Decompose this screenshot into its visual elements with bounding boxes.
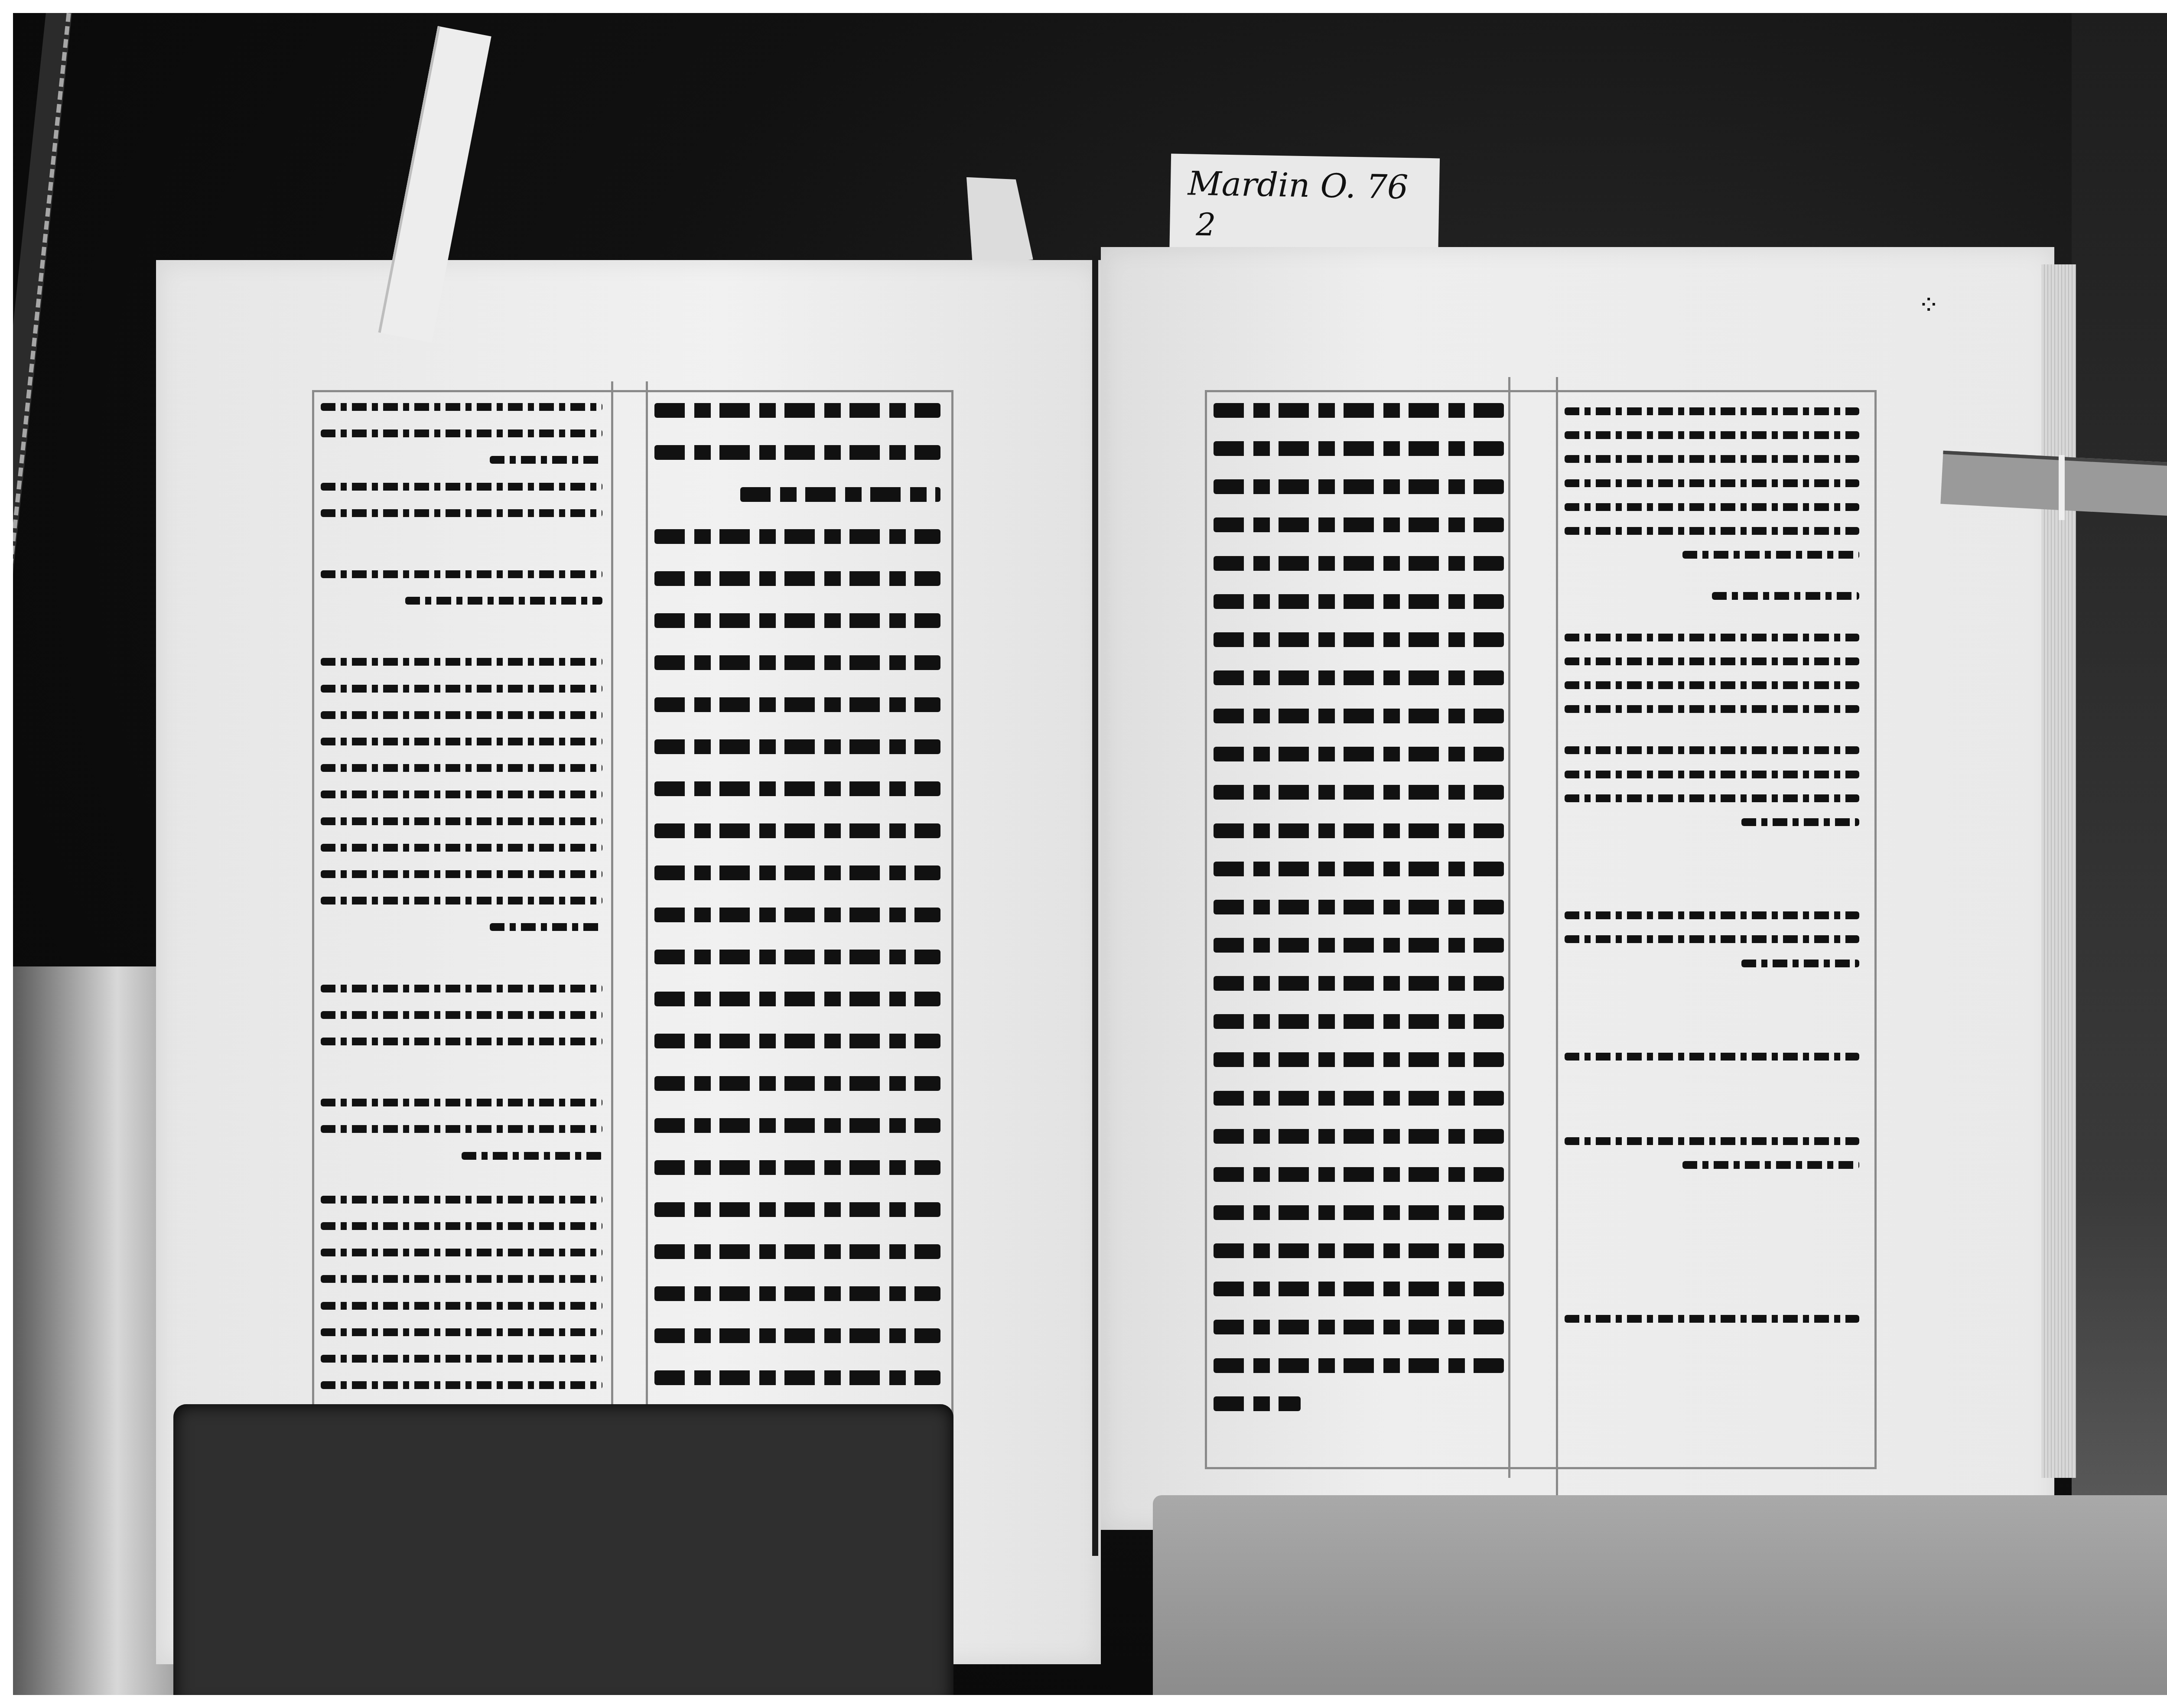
left-column-divider (611, 381, 613, 1560)
book-gutter (1092, 256, 1098, 1556)
support-book-right (1153, 1495, 2167, 1695)
right-column-divider (1508, 377, 1510, 1478)
shelfmark-number: 2 (1196, 206, 1216, 243)
support-book-left (173, 1404, 953, 1695)
page-ornament: ⁘ (1918, 290, 1939, 321)
page-fore-edge (2041, 264, 2076, 1478)
right-outer-text-column (1565, 407, 1859, 1339)
shelfmark-text: Mardin O. 76 (1188, 167, 1409, 204)
background-right (2072, 13, 2167, 1695)
right-page: ⁘ (1101, 247, 2054, 1530)
manuscript-photo: Mardin O. 76 2 (13, 13, 2167, 1695)
left-inner-text-column (654, 403, 940, 1539)
left-column-divider-inner (646, 381, 648, 1569)
left-outer-text-column (321, 403, 602, 1435)
clothespin-spring (2059, 455, 2065, 520)
right-inner-text-column (1214, 403, 1504, 1435)
right-column-divider-inner (1556, 377, 1558, 1495)
